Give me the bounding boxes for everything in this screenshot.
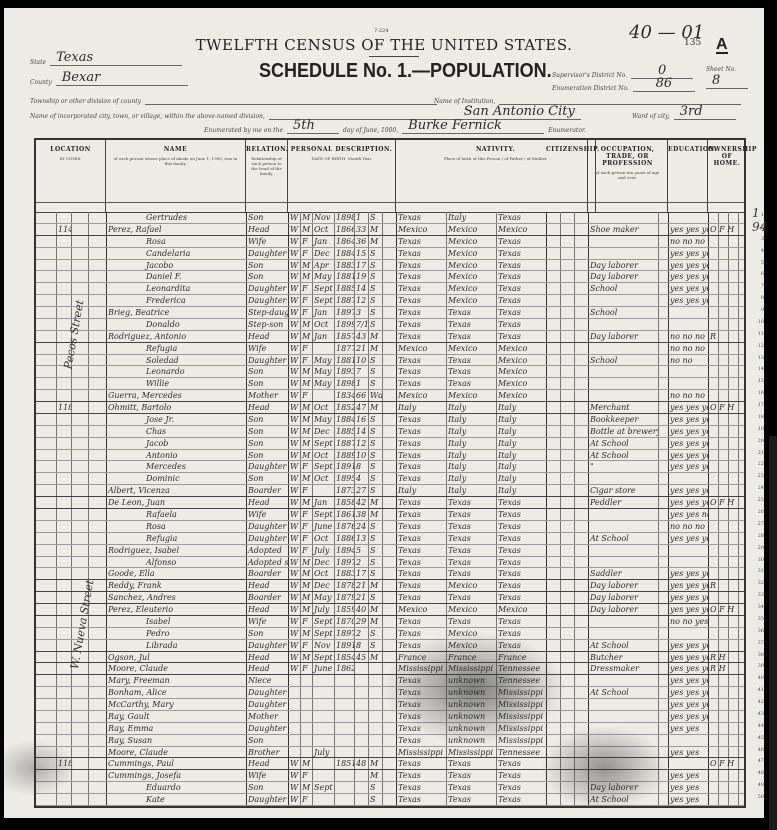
- enumerated-suffix: day of June, 1900,: [343, 127, 398, 134]
- cell-own: [708, 521, 746, 532]
- cell-occ: [588, 735, 658, 746]
- cell-name: Dominic: [106, 473, 246, 484]
- cell-father: Mexico: [446, 580, 496, 591]
- cell-occ: [588, 699, 658, 710]
- cell-father: Mexico: [446, 271, 496, 282]
- cell-father: unknown: [446, 723, 496, 734]
- cell-rel: Daughter: [246, 248, 288, 259]
- line-number: 32: [758, 580, 764, 586]
- cell-rel: Son: [246, 366, 288, 377]
- cell-race: W: [288, 319, 300, 330]
- table-row: Brieg, BeatriceStep-daughterWFJan18973ST…: [36, 307, 744, 319]
- cell-father: Texas: [446, 307, 496, 318]
- cell-name: Ohmitt, Bartolo: [106, 402, 246, 413]
- cell-occ: [588, 557, 658, 568]
- cell-sex: F: [300, 663, 312, 674]
- cell-age: 10: [354, 355, 368, 366]
- cell-own: [708, 450, 746, 461]
- cell-age: 66: [354, 390, 368, 401]
- cell-year: 1885: [334, 426, 354, 437]
- cell-own: [708, 747, 746, 758]
- cell-race: W: [288, 438, 300, 449]
- cell-mar: [368, 699, 382, 710]
- cell-own: O F H: [708, 402, 746, 413]
- cell-mar: S: [368, 271, 382, 282]
- cell-birth: Texas: [396, 473, 446, 484]
- cell-house: [56, 580, 71, 591]
- cell-mar: [368, 663, 382, 674]
- cell-edu: yes yes yes: [668, 450, 708, 461]
- cell-own: [708, 378, 746, 389]
- cell-edu: [668, 628, 708, 639]
- cell-birth: Texas: [396, 675, 446, 686]
- cell-mother: Mexico: [496, 224, 546, 235]
- cell-father: Mexico: [446, 390, 496, 401]
- cell-occ: Peddler: [588, 497, 658, 508]
- cell-rel: Head: [246, 224, 288, 235]
- cell-rel: Wife: [246, 343, 288, 354]
- cell-father: Italy: [446, 402, 496, 413]
- table-row: Rodriguez, IsabelAdoptedWFJuly18945STexa…: [36, 545, 744, 557]
- cell-edu: no no: [668, 355, 708, 366]
- cell-house: [56, 295, 71, 306]
- cell-father: Texas: [446, 378, 496, 389]
- line-number: 10: [758, 319, 764, 325]
- cell-occ: [588, 747, 658, 758]
- cell-age: 16: [354, 414, 368, 425]
- cell-year: [334, 794, 354, 805]
- cell-mother: Texas: [496, 295, 546, 306]
- cell-race: W: [288, 414, 300, 425]
- cell-house: [56, 473, 71, 484]
- cell-rel: Son: [246, 378, 288, 389]
- cell-name: Antonio: [106, 450, 246, 461]
- cell-race: W: [288, 283, 300, 294]
- cell-age: [354, 687, 368, 698]
- cell-month: Oct: [312, 319, 334, 330]
- cell-occ: Bottle at brewery: [588, 426, 658, 437]
- cell-year: 1887: [334, 295, 354, 306]
- cell-own: [708, 782, 746, 793]
- cell-mother: Italy: [496, 450, 546, 461]
- cell-name: Kate: [106, 794, 246, 805]
- cell-house: [56, 236, 71, 247]
- cell-occ: Day laborer: [588, 592, 658, 603]
- cell-mother: Texas: [496, 568, 546, 579]
- cell-occ: Shoe maker: [588, 224, 658, 235]
- cell-year: 1878: [334, 580, 354, 591]
- cell-name: Ray, Susan: [106, 735, 246, 746]
- cell-own: [708, 283, 746, 294]
- line-number: 29: [758, 545, 764, 551]
- cell-occ: Day laborer: [588, 260, 658, 271]
- cell-mother: Texas: [496, 307, 546, 318]
- cell-own: [708, 770, 746, 781]
- cell-month: Jan: [312, 236, 334, 247]
- cell-mother: Italy: [496, 461, 546, 472]
- cell-mother: Mississippi: [496, 687, 546, 698]
- cell-mar: [368, 675, 382, 686]
- cell-birth: Texas: [396, 331, 446, 342]
- cell-race: W: [288, 770, 300, 781]
- line-number: 19: [758, 426, 764, 432]
- cell-father: Texas: [446, 568, 496, 579]
- cell-edu: [668, 307, 708, 318]
- table-row: Ogson, JulHeadWMSept185445MFranceFranceF…: [36, 652, 744, 664]
- line-number: 38: [758, 652, 764, 658]
- cell-sex: F: [300, 390, 312, 401]
- cell-race: W: [288, 271, 300, 282]
- cell-edu: no no no: [668, 331, 708, 342]
- cell-age: [354, 663, 368, 674]
- cell-race: W: [288, 212, 300, 223]
- census-page: 7-224 TWELFTH CENSUS OF THE UNITED STATE…: [4, 8, 764, 818]
- schedule-title: SCHEDULE No. 1.—POPULATION.: [259, 60, 552, 83]
- cell-age: 40: [354, 604, 368, 615]
- line-number: 39: [758, 663, 764, 669]
- cell-mother: Italy: [496, 414, 546, 425]
- cell-year: 1876: [334, 521, 354, 532]
- cell-own: [708, 461, 746, 472]
- cell-age: 12: [354, 295, 368, 306]
- cell-month: Dec: [312, 557, 334, 568]
- cell-father: Italy: [446, 212, 496, 223]
- cell-year: 1895: [334, 473, 354, 484]
- cell-mar: M: [368, 509, 382, 520]
- cell-birth: Mexico: [396, 390, 446, 401]
- cell-sex: F: [300, 794, 312, 805]
- cell-occ: Cigar store: [588, 485, 658, 496]
- state-value: Texas: [50, 50, 182, 66]
- cell-age: 21: [354, 343, 368, 354]
- cell-occ: [588, 675, 658, 686]
- cell-birth: Texas: [396, 616, 446, 627]
- cell-race: W: [288, 236, 300, 247]
- cell-occ: Bookkeeper: [588, 414, 658, 425]
- cell-age: 15: [354, 248, 368, 259]
- line-number: 5: [761, 260, 764, 266]
- cell-father: Mexico: [446, 295, 496, 306]
- cell-father: Texas: [446, 545, 496, 556]
- cell-year: [334, 747, 354, 758]
- cell-mar: M: [368, 331, 382, 342]
- cell-father: Texas: [446, 533, 496, 544]
- table-row: EduardoSonWMSeptSTexasTexasTexasDay labo…: [36, 782, 744, 794]
- enumerated-field: Enumerated by me on the 5th day of June,…: [204, 118, 586, 134]
- cell-mar: [368, 747, 382, 758]
- cell-sex: M: [300, 450, 312, 461]
- cell-month: [312, 770, 334, 781]
- cell-race: W: [288, 260, 300, 271]
- cell-house: [56, 782, 71, 793]
- cell-edu: yes yes yes: [668, 533, 708, 544]
- cell-name: Perez, Rafael: [106, 224, 246, 235]
- cell-race: [288, 747, 300, 758]
- cell-mar: Wd: [368, 390, 382, 401]
- cell-year: 1898: [334, 212, 354, 223]
- cell-month: May: [312, 271, 334, 282]
- cell-mar: S: [368, 319, 382, 330]
- cell-month: [312, 758, 334, 769]
- cell-age: 17: [354, 568, 368, 579]
- cell-race: W: [288, 616, 300, 627]
- cell-edu: yes yes: [668, 770, 708, 781]
- cell-mother: Mississippi: [496, 699, 546, 710]
- cell-occ: Day laborer: [588, 580, 658, 591]
- cell-rel: Head: [246, 331, 288, 342]
- cell-name: Perez, Eleuterio: [106, 604, 246, 615]
- cell-rel: Son: [246, 473, 288, 484]
- cell-sex: F: [300, 461, 312, 472]
- cell-occ: [588, 711, 658, 722]
- cell-mar: S: [368, 366, 382, 377]
- line-number: 48: [758, 770, 764, 776]
- cell-year: [334, 770, 354, 781]
- cell-month: May: [312, 414, 334, 425]
- cell-race: W: [288, 640, 300, 651]
- cell-birth: Texas: [396, 366, 446, 377]
- cell-house: [56, 735, 71, 746]
- cell-name: Eduardo: [106, 782, 246, 793]
- cell-birth: Texas: [396, 533, 446, 544]
- cell-rel: Daughter: [246, 640, 288, 651]
- cell-race: [288, 735, 300, 746]
- cell-edu: no no no: [668, 521, 708, 532]
- cell-father: Texas: [446, 497, 496, 508]
- cell-edu: [668, 366, 708, 377]
- cell-occ: [588, 343, 658, 354]
- cell-birth: Texas: [396, 307, 446, 318]
- cell-house: [56, 592, 71, 603]
- line-number: 25: [758, 497, 764, 503]
- cell-sex: [300, 711, 312, 722]
- cell-father: Mexico: [446, 640, 496, 651]
- cell-name: Mary, Freeman: [106, 675, 246, 686]
- cell-father: Texas: [446, 557, 496, 568]
- cell-mar: S: [368, 378, 382, 389]
- cell-mar: S: [368, 628, 382, 639]
- cell-name: Willie: [106, 378, 246, 389]
- cell-own: [708, 723, 746, 734]
- cell-month: July: [312, 604, 334, 615]
- cell-age: [354, 735, 368, 746]
- cell-own: [708, 628, 746, 639]
- line-number: 40: [758, 675, 764, 681]
- cell-edu: no no no: [668, 343, 708, 354]
- cell-month: [312, 699, 334, 710]
- cell-edu: [668, 212, 708, 223]
- cell-month: [312, 735, 334, 746]
- cell-year: 1894: [334, 545, 354, 556]
- line-number: 22: [758, 461, 764, 467]
- cell-race: W: [288, 592, 300, 603]
- cell-rel: Adopted: [246, 545, 288, 556]
- cell-mar: S: [368, 568, 382, 579]
- cell-name: Sanchez, Andres: [106, 592, 246, 603]
- cell-own: [708, 592, 746, 603]
- cell-house: [56, 438, 71, 449]
- cell-month: July: [312, 545, 334, 556]
- line-number: 36: [758, 628, 764, 634]
- cell-mar: M: [368, 402, 382, 413]
- cell-own: O F H: [708, 604, 746, 615]
- cell-own: [708, 699, 746, 710]
- cell-sex: F: [300, 236, 312, 247]
- cell-age: 2: [354, 557, 368, 568]
- cell-rel: Wife: [246, 236, 288, 247]
- cell-mother: Mexico: [496, 366, 546, 377]
- cell-name: Reddy, Frank: [106, 580, 246, 591]
- cell-own: [708, 438, 746, 449]
- cell-house: 118: [56, 758, 71, 769]
- state-label: State: [30, 59, 46, 66]
- cell-mother: Texas: [496, 628, 546, 639]
- cell-rel: Son: [246, 212, 288, 223]
- cell-birth: Texas: [396, 248, 446, 259]
- cell-birth: Mississippi: [396, 663, 446, 674]
- cell-year: [334, 687, 354, 698]
- cell-birth: Texas: [396, 770, 446, 781]
- cell-year: 1881: [334, 355, 354, 366]
- table-row: Ray, SusanSonTexasunknownMississippi45: [36, 735, 744, 747]
- cell-race: W: [288, 355, 300, 366]
- cell-mar: [368, 723, 382, 734]
- cell-house: [56, 545, 71, 556]
- cell-name: Daniel F.: [106, 271, 246, 282]
- table-row: 114Perez, RafaelHeadWMOct186633MMexicoMe…: [36, 224, 744, 236]
- cell-race: W: [288, 545, 300, 556]
- cell-race: W: [288, 782, 300, 793]
- cell-edu: [668, 378, 708, 389]
- cell-occ: [588, 628, 658, 639]
- cell-father: Texas: [446, 331, 496, 342]
- cell-father: Italy: [446, 461, 496, 472]
- cell-own: [708, 794, 746, 805]
- cell-age: [354, 723, 368, 734]
- cell-age: 36: [354, 236, 368, 247]
- cell-mar: S: [368, 461, 382, 472]
- cell-house: [56, 283, 71, 294]
- line-number: 23: [758, 473, 764, 479]
- cell-rel: Daughter: [246, 794, 288, 805]
- cell-year: 1854: [334, 652, 354, 663]
- cell-race: W: [288, 307, 300, 318]
- cell-mar: S: [368, 794, 382, 805]
- cell-sex: M: [300, 402, 312, 413]
- cell-edu: [668, 735, 708, 746]
- cell-age: 8: [354, 640, 368, 651]
- cell-race: [288, 699, 300, 710]
- cell-edu: [668, 758, 708, 769]
- cell-mar: S: [368, 295, 382, 306]
- line-number: 34: [758, 604, 764, 610]
- cell-age: 14: [354, 426, 368, 437]
- cell-year: 1859: [334, 604, 354, 615]
- cell-sex: M: [300, 580, 312, 591]
- cell-occ: Day laborer: [588, 331, 658, 342]
- page-number: 135: [684, 38, 701, 48]
- cell-edu: no no no: [668, 236, 708, 247]
- cell-father: Texas: [446, 592, 496, 603]
- table-row: FredericaDaughterWFSept188712STexasMexic…: [36, 295, 744, 307]
- cell-father: Mexico: [446, 236, 496, 247]
- cell-father: unknown: [446, 687, 496, 698]
- cell-house: [56, 509, 71, 520]
- cell-own: [708, 248, 746, 259]
- cell-mar: S: [368, 533, 382, 544]
- cell-own: [708, 509, 746, 520]
- cell-mar: S: [368, 248, 382, 259]
- cell-rel: Daughter: [246, 521, 288, 532]
- cell-rel: Daughter: [246, 533, 288, 544]
- cell-father: Texas: [446, 355, 496, 366]
- sheet-value: 8: [706, 73, 748, 89]
- cell-birth: Texas: [396, 592, 446, 603]
- cell-rel: Step-daughter: [246, 307, 288, 318]
- cell-sex: F: [300, 355, 312, 366]
- cell-rel: Head: [246, 580, 288, 591]
- cell-house: [56, 378, 71, 389]
- cell-mother: Texas: [496, 640, 546, 651]
- cell-year: [334, 735, 354, 746]
- cell-rel: Wife: [246, 770, 288, 781]
- cell-year: 1889: [334, 450, 354, 461]
- line-number: 43: [758, 711, 764, 717]
- cell-rel: Son: [246, 782, 288, 793]
- cell-month: [312, 390, 334, 401]
- cell-mar: M: [368, 652, 382, 663]
- cell-house: [56, 675, 71, 686]
- cell-mar: S: [368, 283, 382, 294]
- cell-edu: [668, 545, 708, 556]
- cell-own: R: [708, 331, 746, 342]
- cell-month: [312, 485, 334, 496]
- cell-mar: [368, 687, 382, 698]
- table-row: WillieSonWMMay18981STexasTexasMexico15: [36, 378, 744, 390]
- cell-race: W: [288, 568, 300, 579]
- cell-month: [312, 687, 334, 698]
- cell-mother: Texas: [496, 509, 546, 520]
- cell-own: [708, 568, 746, 579]
- cell-name: Gertrudes: [106, 212, 246, 223]
- table-row: Bonham, AliceDaughterTexasunknownMississ…: [36, 687, 744, 699]
- cell-father: unknown: [446, 735, 496, 746]
- cell-name: Refugia: [106, 343, 246, 354]
- cell-sex: F: [300, 533, 312, 544]
- cell-mar: S: [368, 260, 382, 271]
- line-number: 14: [758, 366, 764, 372]
- cell-race: W: [288, 378, 300, 389]
- cell-father: Texas: [446, 616, 496, 627]
- cell-birth: Texas: [396, 212, 446, 223]
- cell-mar: M: [368, 224, 382, 235]
- cell-year: 1873: [334, 485, 354, 496]
- cell-own: R H: [708, 663, 746, 674]
- cell-mother: Italy: [496, 438, 546, 449]
- cell-own: [708, 414, 746, 425]
- cell-birth: Texas: [396, 414, 446, 425]
- cell-own: [708, 236, 746, 247]
- cell-age: 7: [354, 366, 368, 377]
- cell-occ: [588, 295, 658, 306]
- cell-race: W: [288, 497, 300, 508]
- cell-year: 1852: [334, 402, 354, 413]
- scan-edge: [769, 436, 777, 830]
- cell-name: Leonardo: [106, 366, 246, 377]
- cell-mar: S: [368, 450, 382, 461]
- cell-edu: yes yes yes: [668, 271, 708, 282]
- cell-own: [708, 212, 746, 223]
